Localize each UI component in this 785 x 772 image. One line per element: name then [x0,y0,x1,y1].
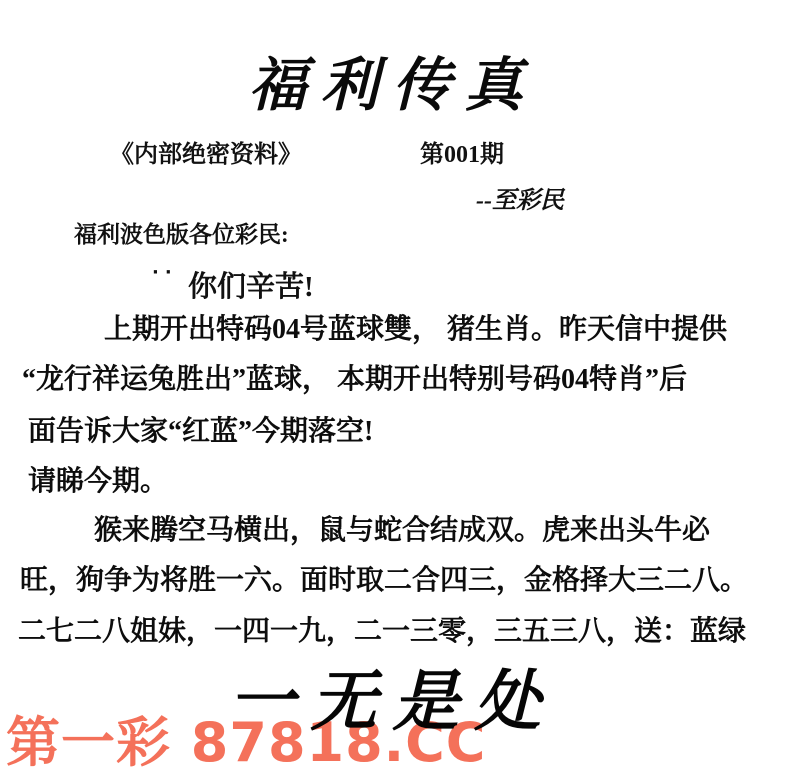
salutation-line: 福利波色版各位彩民: [74,216,289,249]
classified-label: 《内部绝密资料》 [110,134,302,169]
paragraph1-line4: 请睇今期。 [28,459,168,499]
paragraph1-line1: 上期开出特码04号蓝球雙， 猪生肖。昨天信中提供 [104,307,727,347]
issue-number: 第001期 [420,134,504,169]
fax-sheet: 福利传真 《内部绝密资料》 第001期 --至彩民 福利波色版各位彩民: ·· … [0,0,785,772]
greeting-text: 你们辛苦! [188,264,314,305]
paragraph1-line2: “龙行祥运兔胜出”蓝球， 本期开出特别号码04特肖”后 [22,357,687,397]
paragraph2-line2: 旺，狗争为将胜一六。面时取二合四三，金格择大三二八。 [20,558,748,598]
paragraph2-line3: 二七二八姐妹，一四一九，二一三零，三五三八，送：蓝绿 [18,609,746,649]
paragraph1-line3: 面告诉大家“红蓝”今期落空! [28,409,373,449]
page-title: 福利传真 [0,38,785,122]
dedication-line: --至彩民 [476,180,564,215]
paragraph2-line1: 猴来腾空马横出，鼠与蛇合结成双。虎来出头牛必 [94,508,710,548]
greeting-dots: ·· [152,262,178,283]
watermark-text: 第一彩 87818.CC [6,700,486,772]
